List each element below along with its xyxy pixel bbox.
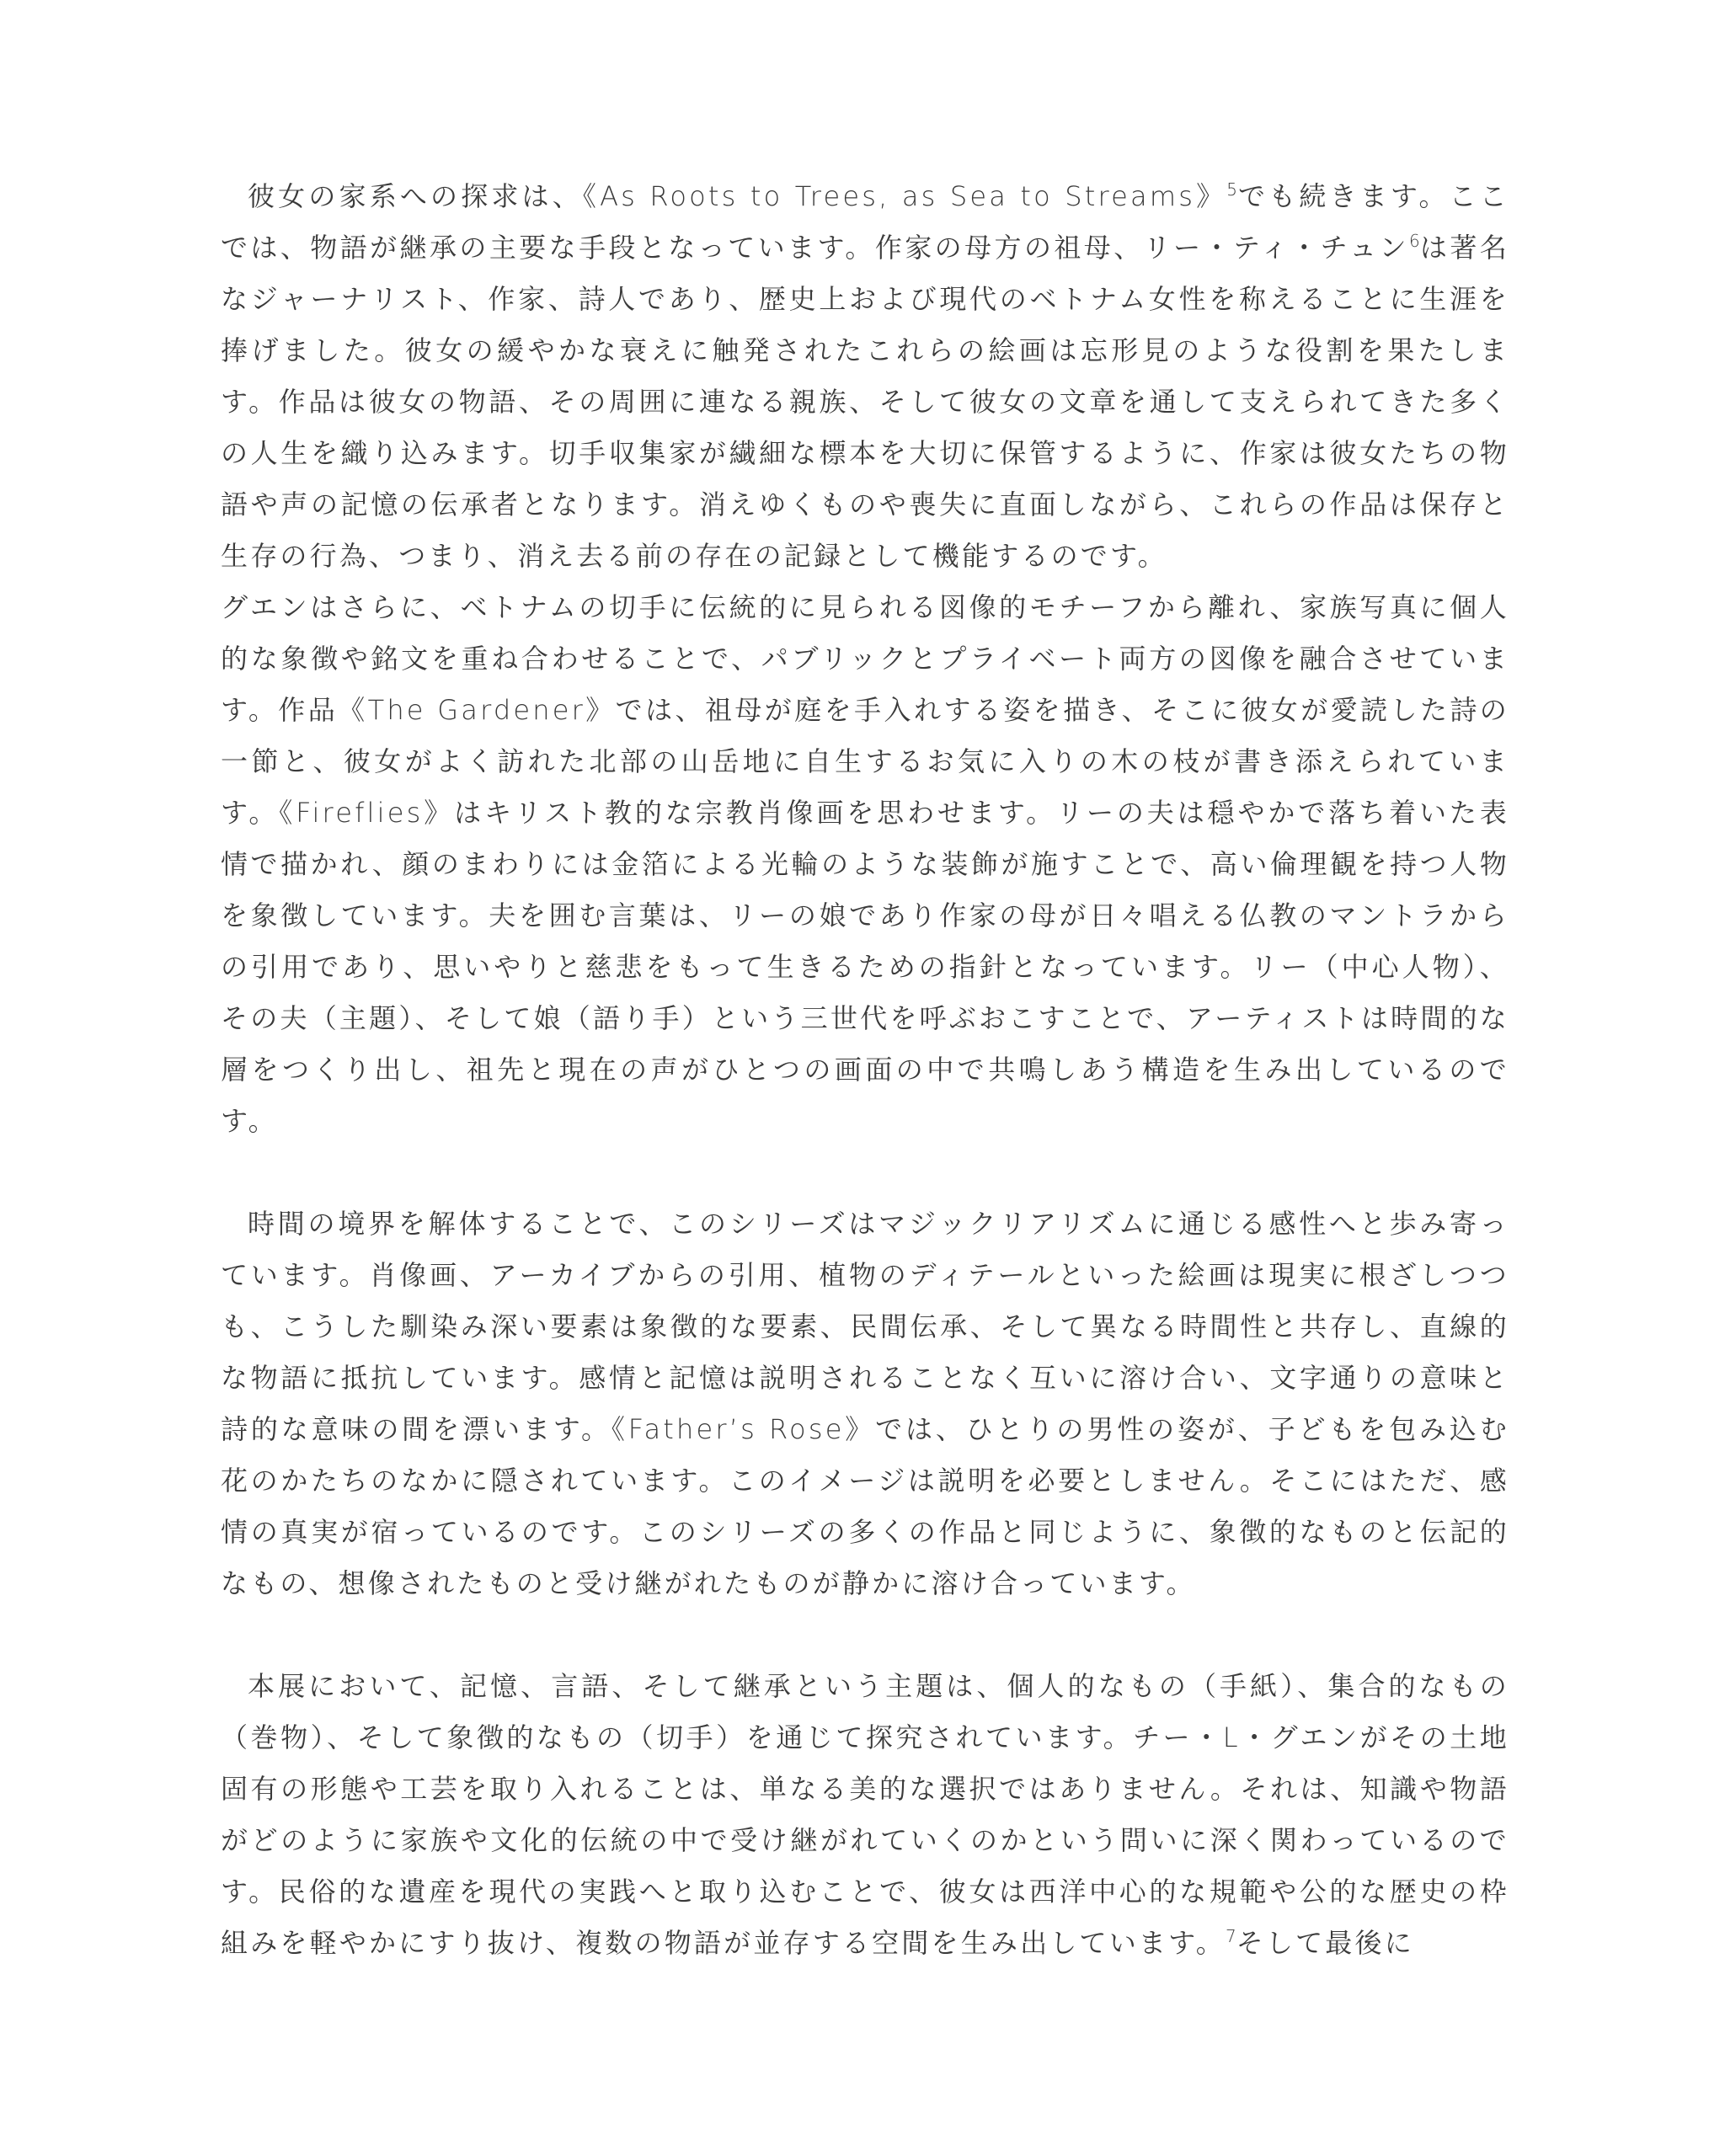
document-page: 彼女の家系への探求は、《As Roots to Trees, as Sea to… [221, 171, 1509, 1969]
paragraph-exhibition-themes: 本展において、記憶、言語、そして継承という主題は、個人的なもの（手紙）、集合的な… [221, 1661, 1509, 1969]
paragraph-magic-realism: 時間の境界を解体することで、このシリーズはマジックリアリズムに通じる感性へと歩み… [221, 1198, 1509, 1609]
footnote-ref-6[interactable]: 6 [1409, 231, 1420, 251]
paragraph-text: 時間の境界を解体することで、このシリーズはマジックリアリズムに通じる感性へと歩み… [221, 1208, 1509, 1599]
paragraph-text: グエンはさらに、ベトナムの切手に伝統的に見られる図像的モチーフから離れ、家族写真… [221, 591, 1509, 1137]
footnote-ref-5[interactable]: 5 [1226, 179, 1237, 200]
paragraph-ancestry: 彼女の家系への探求は、《As Roots to Trees, as Sea to… [221, 171, 1509, 582]
paragraph-text: 本展において、記憶、言語、そして継承という主題は、個人的なもの（手紙）、集合的な… [221, 1670, 1509, 1959]
paragraph-text: 彼女の家系への探求は、《As Roots to Trees, as Sea to… [248, 180, 1226, 212]
paragraph-text: は著名なジャーナリスト、作家、詩人であり、歴史上および現代のベトナム女性を称える… [221, 232, 1509, 572]
footnote-ref-7[interactable]: 7 [1226, 1926, 1236, 1946]
paragraph-iconography: グエンはさらに、ベトナムの切手に伝統的に見られる図像的モチーフから離れ、家族写真… [221, 582, 1509, 1147]
paragraph-text: そして最後に [1236, 1927, 1414, 1959]
